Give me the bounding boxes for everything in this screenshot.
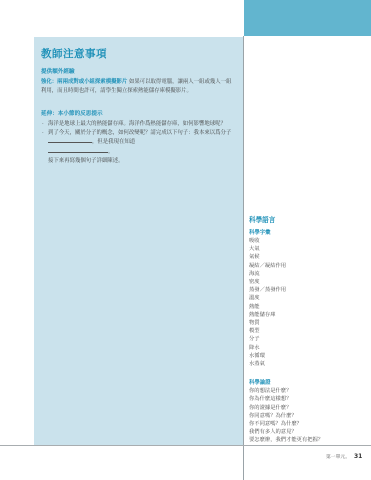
list-item: 凝結／凝結作用 <box>249 262 367 270</box>
list-item: 熱能 <box>249 303 367 311</box>
extra-experience-paragraph: 強化：兩兩成對或小組探索模擬影片 如果可以取得電腦，讓兩人一組或幾人一組利用，而… <box>41 78 235 95</box>
reflection-prompts-list: ·海洋是地球上最大的熱能儲存庫。海洋作爲熱能儲存庫，如何影響地球呢？ ·到了今天… <box>41 120 235 156</box>
list-item: 溫度 <box>249 294 367 302</box>
list-item: 密度 <box>249 278 367 286</box>
list-item: 氣候 <box>249 253 367 261</box>
argument-heading: 科學論證 <box>249 378 367 386</box>
unit-label: 第一單元。 <box>326 455 350 460</box>
teacher-notes-title: 教師注意事項 <box>41 46 235 61</box>
list-item: 熱能儲存庫 <box>249 311 367 319</box>
fill-in-blank <box>48 137 92 143</box>
reflection-prompts-heading: 延伸：本小節的反思提示 <box>41 109 235 117</box>
page-bottom-rule <box>0 445 371 446</box>
header-color-block <box>244 0 371 36</box>
list-item: 模型 <box>249 327 367 335</box>
list-item: ·到了今天，關於分子的概念，如何改變呢？請完成以下句子：我本來以爲分子 ，但是我… <box>41 129 235 157</box>
list-item: 大氣 <box>249 245 367 253</box>
list-item: 水循環 <box>249 352 367 360</box>
list-item: 你的證據是什麼？ <box>249 404 367 412</box>
vocab-list: 吸收 大氣 氣候 凝結／凝結作用 海流 密度 蒸發／蒸發作用 溫度 熱能 熱能儲… <box>249 237 367 368</box>
page-number: 31 <box>354 453 362 460</box>
list-item: 水蒸氣 <box>249 360 367 368</box>
list-item: 物質 <box>249 319 367 327</box>
science-language-title: 科學語言 <box>249 214 367 224</box>
vocab-heading: 科學字彙 <box>249 228 367 236</box>
list-item: 要怎麼辦，我們才能更有把握？ <box>249 436 367 444</box>
argument-questions-list: 你的想法是什麼？ 你為什麼這樣想？ 你的證據是什麼？ 你同意嗎？為什麼？ 你不同… <box>249 387 367 444</box>
followup-instruction: 接下來再寫幾個句子詳細陳述。 <box>41 157 235 166</box>
teacher-notes-panel: 教師注意事項 提供額外經驗 強化：兩兩成對或小組探索模擬影片 如果可以取得電腦，… <box>34 37 243 445</box>
list-item: ·海洋是地球上最大的熱能儲存庫。海洋作爲熱能儲存庫，如何影響地球呢？ <box>41 120 235 129</box>
list-item: 你的想法是什麼？ <box>249 387 367 395</box>
list-item: 我們有多人的意見？ <box>249 428 367 436</box>
extra-experience-heading: 提供額外經驗 <box>41 67 235 75</box>
fill-in-blank <box>48 147 108 153</box>
list-item: 吸收 <box>249 237 367 245</box>
list-item: 降水 <box>249 344 367 352</box>
list-item: 你同意嗎？為什麼？ <box>249 412 367 420</box>
list-item: 蒸發／蒸發作用 <box>249 286 367 294</box>
science-language-sidebar: 科學語言 科學字彙 吸收 大氣 氣候 凝結／凝結作用 海流 密度 蒸發／蒸發作用… <box>249 214 367 445</box>
list-item: 你為什麼這樣想？ <box>249 395 367 403</box>
reinforce-highlight: 強化：兩兩成對或小組探索模擬影片 <box>41 79 127 85</box>
page-footer: 第一單元。31 <box>326 453 362 460</box>
list-item: 你不同意嗎？為什麼？ <box>249 420 367 428</box>
column-divider <box>243 36 244 480</box>
list-item: 海流 <box>249 270 367 278</box>
list-item: 分子 <box>249 335 367 343</box>
